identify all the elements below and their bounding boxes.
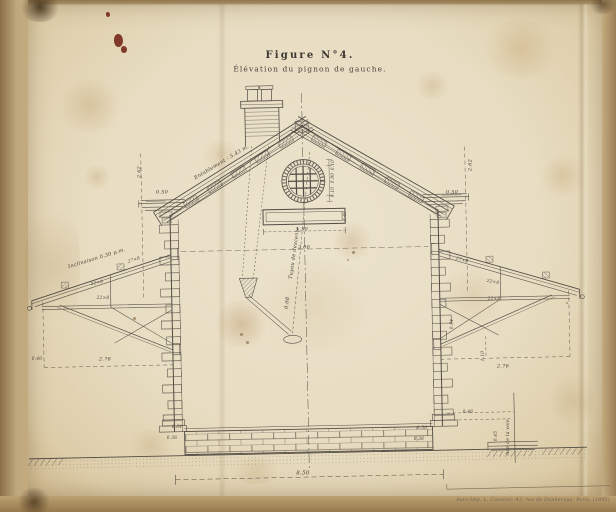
track-axis-label: Axe de la voie xyxy=(507,419,512,455)
dim-strut-left-3: 22×8 xyxy=(97,296,110,300)
dim-plaque-height: 0.40 xyxy=(343,211,347,222)
oculus-window xyxy=(281,159,333,203)
awning-canopy xyxy=(26,249,180,358)
dim-base-right-1: 0.50 xyxy=(417,426,428,430)
dim-plaque-width: 1.50 xyxy=(296,228,308,233)
dim-height-right: 2.62 xyxy=(469,159,474,171)
dim-base-left-2: 0.36 xyxy=(167,436,178,440)
chimney xyxy=(240,85,283,146)
dim-platform-width: 0.46 xyxy=(463,410,474,414)
dim-eave-right: 0.50 xyxy=(446,191,458,196)
dim-window-mid: 0.90 xyxy=(331,173,335,184)
dim-window-bot: 0.10 xyxy=(331,187,335,198)
ridge-block xyxy=(295,121,308,132)
dim-overall-width: 8.50 xyxy=(296,471,309,477)
figure-subtitle: Élévation du pignon de gauche. xyxy=(233,65,386,73)
dim-eave-left: 0.50 xyxy=(156,191,168,196)
center-axis-line xyxy=(301,93,309,471)
dim-brace-right: 0.94 xyxy=(450,319,454,330)
dim-base-left-1: 0.64 xyxy=(172,425,183,429)
scanned-plate-page: Figure N°4. Élévation du pignon de gauch… xyxy=(0,0,616,512)
dim-window-top: 0.10 xyxy=(331,160,335,171)
dim-awning-left-offset: 0.40 xyxy=(32,357,43,361)
elevation-drawing xyxy=(20,79,609,498)
dim-awning-right-span: 2.76 xyxy=(497,365,509,370)
dim-base-right-2: 0.36 xyxy=(414,437,425,441)
dim-strut-right-3: 22×8 xyxy=(488,297,501,301)
figure-title: Figure N°4. xyxy=(265,51,354,61)
plate-corner-line xyxy=(447,481,610,489)
printer-imprint: Auto-Imp. L. Courtier, 43, rue de Dunker… xyxy=(398,499,610,504)
dim-height-left: 2.62 xyxy=(138,166,143,178)
dimension-guides xyxy=(40,153,173,368)
dim-awning-left-span: 2.76 xyxy=(99,358,111,363)
platform-detail xyxy=(446,335,539,464)
dim-platform-height: 0.45 xyxy=(494,431,498,442)
base-masonry xyxy=(184,423,432,454)
dim-level: 2.00 xyxy=(298,246,310,251)
building-left-half xyxy=(24,116,321,435)
dim-awning-right-offset: 1.10 xyxy=(481,351,485,362)
